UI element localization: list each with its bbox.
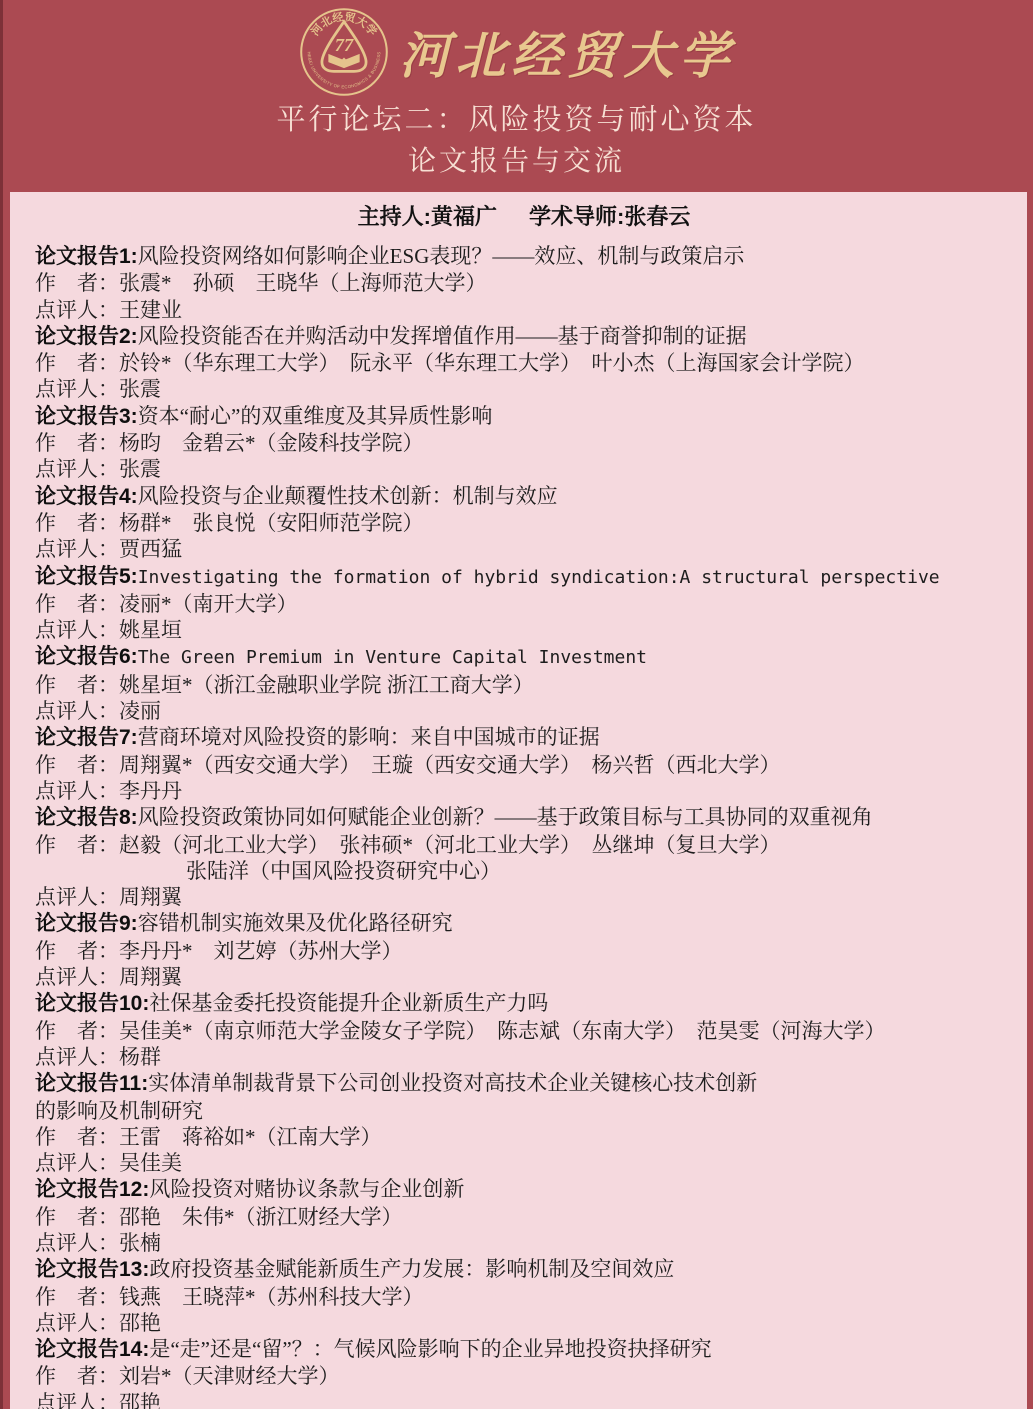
report-authors: 姚星垣*（浙江金融职业学院 浙江工商大学） — [119, 673, 534, 697]
reviewer-label: 点评人： — [35, 537, 119, 561]
report-entry: 论文报告12:风险投资对赌协议条款与企业创新 作 者：邵艳 朱伟*（浙江财经大学… — [35, 1176, 1013, 1256]
report-authors-line: 作 者：李丹丹* 刘艺婷（苏州大学） — [35, 938, 1013, 964]
left-edge-border — [0, 0, 3, 1409]
report-authors-line: 作 者：周翔翼*（西安交通大学） 王璇（西安交通大学） 杨兴哲（西北大学） — [35, 752, 1013, 778]
report-authors-line: 作 者：赵毅（河北工业大学） 张祎硕*（河北工业大学） 丛继坤（复旦大学） — [35, 832, 1013, 858]
report-reviewer-line: 点评人：凌丽 — [35, 698, 1013, 724]
reviewer-label: 点评人： — [35, 699, 119, 723]
report-title: 风险投资对赌协议条款与企业创新 — [149, 1177, 464, 1201]
author-label: 作 者： — [35, 351, 119, 375]
report-title-line: 论文报告3:资本“耐心”的双重维度及其异质性影响 — [35, 403, 1013, 430]
report-number: 论文报告12: — [35, 1178, 149, 1201]
report-title: 风险投资政策协同如何赋能企业创新？——基于政策目标与工具协同的双重视角 — [138, 805, 873, 829]
report-title: 风险投资网络如何影响企业ESG表现？——效应、机制与政策启示 — [138, 244, 745, 268]
report-reviewer: 吴佳美 — [119, 1151, 182, 1175]
report-title: 实体清单制裁背景下公司创业投资对高技术企业关键核心技术创新 — [148, 1071, 757, 1095]
report-reviewer: 姚星垣 — [119, 618, 182, 642]
reviewer-label: 点评人： — [35, 457, 119, 481]
seal-center-mark: 77 — [334, 35, 353, 55]
reviewer-label: 点评人： — [35, 1391, 119, 1409]
report-authors: 吴佳美*（南京师范大学金陵女子学院） 陈志斌（东南大学） 范昊雯（河海大学） — [119, 1019, 886, 1043]
author-label: 作 者： — [35, 271, 119, 295]
session-chairs-line: 主持人:黄福广 学术导师:张春云 — [35, 204, 1013, 230]
report-number: 论文报告5: — [35, 565, 138, 588]
report-authors: 李丹丹* 刘艺婷（苏州大学） — [119, 939, 403, 963]
author-label: 作 者： — [35, 833, 119, 857]
author-label: 作 者： — [35, 592, 119, 616]
author-label: 作 者： — [35, 1125, 119, 1149]
report-entry: 论文报告8:风险投资政策协同如何赋能企业创新？——基于政策目标与工具协同的双重视… — [35, 804, 1013, 910]
report-title: 风险投资能否在并购活动中发挥增值作用——基于商誉抑制的证据 — [138, 324, 747, 348]
report-entry: 论文报告2:风险投资能否在并购活动中发挥增值作用——基于商誉抑制的证据 作 者：… — [35, 323, 1013, 403]
author-label: 作 者： — [35, 939, 119, 963]
report-reviewer-line: 点评人：李丹丹 — [35, 778, 1013, 804]
report-title-continued-line: 的影响及机制研究 — [35, 1098, 1013, 1124]
forum-title: 平行论坛二：风险投资与耐心资本 — [0, 97, 1033, 138]
report-reviewer-line: 点评人：张震 — [35, 376, 1013, 402]
report-authors-line: 作 者：吴佳美*（南京师范大学金陵女子学院） 陈志斌（东南大学） 范昊雯（河海大… — [35, 1018, 1013, 1044]
report-reviewer-line: 点评人：王建业 — [35, 297, 1013, 323]
report-authors-line: 作 者：张震* 孙硕 王晓华（上海师范大学） — [35, 270, 1013, 296]
report-title: 政府投资基金赋能新质生产力发展：影响机制及空间效应 — [149, 1257, 674, 1281]
report-authors-line: 作 者：邵艳 朱伟*（浙江财经大学） — [35, 1204, 1013, 1230]
report-title: The Green Premium in Venture Capital Inv… — [138, 647, 647, 668]
report-authors-line: 作 者：杨群* 张良悦（安阳师范学院） — [35, 510, 1013, 536]
report-title-line: 论文报告6:The Green Premium in Venture Capit… — [35, 643, 1013, 671]
report-title-line: 论文报告12:风险投资对赌协议条款与企业创新 — [35, 1176, 1013, 1203]
report-reviewer: 张震 — [119, 457, 161, 481]
report-authors-line: 作 者：凌丽*（南开大学） — [35, 591, 1013, 617]
report-reviewer: 张震 — [119, 377, 161, 401]
report-number: 论文报告8: — [35, 806, 138, 829]
report-entry: 论文报告9:容错机制实施效果及优化路径研究 作 者：李丹丹* 刘艺婷（苏州大学）… — [35, 910, 1013, 990]
author-label: 作 者： — [35, 1205, 119, 1229]
report-title-line: 论文报告10:社保基金委托投资能提升企业新质生产力吗 — [35, 990, 1013, 1017]
report-reviewer-line: 点评人：邵艳 — [35, 1310, 1013, 1336]
session-host: 主持人:黄福广 — [358, 204, 497, 230]
author-label: 作 者： — [35, 431, 119, 455]
author-label: 作 者： — [35, 511, 119, 535]
report-entry: 论文报告5:Investigating the formation of hyb… — [35, 563, 1013, 644]
report-reviewer: 周翔翼 — [119, 965, 182, 989]
report-number: 论文报告6: — [35, 645, 138, 668]
report-number: 论文报告4: — [35, 485, 138, 508]
report-authors: 於铃*（华东理工大学） 阮永平（华东理工大学） 叶小杰（上海国家会计学院） — [119, 351, 865, 375]
report-reviewer: 凌丽 — [119, 699, 161, 723]
report-reviewer: 邵艳 — [119, 1311, 161, 1335]
report-entry: 论文报告6:The Green Premium in Venture Capit… — [35, 643, 1013, 724]
report-title-line: 论文报告1:风险投资网络如何影响企业ESG表现？——效应、机制与政策启示 — [35, 243, 1013, 270]
conference-program-poster: 河北经贸大学 HEBEI UNIVERSITY OF ECONOMICS & B… — [0, 0, 1033, 1409]
program-panel: 主持人:黄福广 学术导师:张春云 论文报告1:风险投资网络如何影响企业ESG表现… — [10, 192, 1027, 1409]
report-title-line: 论文报告8:风险投资政策协同如何赋能企业创新？——基于政策目标与工具协同的双重视… — [35, 804, 1013, 831]
report-title-line: 论文报告4:风险投资与企业颠覆性技术创新：机制与效应 — [35, 483, 1013, 510]
report-title-continued: 的影响及机制研究 — [35, 1099, 203, 1123]
report-title: 营商环境对风险投资的影响：来自中国城市的证据 — [138, 725, 600, 749]
report-entry: 论文报告7:营商环境对风险投资的影响：来自中国城市的证据 作 者：周翔翼*（西安… — [35, 724, 1013, 804]
report-title: 资本“耐心”的双重维度及其异质性影响 — [138, 404, 493, 428]
report-authors: 杨昀 金碧云*（金陵科技学院） — [119, 431, 424, 455]
report-authors-line: 作 者：钱燕 王晓萍*（苏州科技大学） — [35, 1284, 1013, 1310]
report-title-line: 论文报告2:风险投资能否在并购活动中发挥增值作用——基于商誉抑制的证据 — [35, 323, 1013, 350]
report-reviewer: 李丹丹 — [119, 779, 182, 803]
report-number: 论文报告1: — [35, 245, 138, 268]
header-banner: 河北经贸大学 HEBEI UNIVERSITY OF ECONOMICS & B… — [0, 0, 1033, 192]
report-entry: 论文报告11:实体清单制裁背景下公司创业投资对高技术企业关键核心技术创新 的影响… — [35, 1070, 1013, 1176]
reviewer-label: 点评人： — [35, 1231, 119, 1255]
report-title-line: 论文报告14:是“走”还是“留”？：气候风险影响下的企业异地投资抉择研究 — [35, 1336, 1013, 1363]
university-seal-icon: 河北经贸大学 HEBEI UNIVERSITY OF ECONOMICS & B… — [298, 6, 390, 98]
reviewer-label: 点评人： — [35, 1045, 119, 1069]
university-name-calligraphy: 河北经贸大学 — [400, 16, 736, 88]
report-entry: 论文报告1:风险投资网络如何影响企业ESG表现？——效应、机制与政策启示 作 者… — [35, 243, 1013, 323]
reviewer-label: 点评人： — [35, 298, 119, 322]
reviewer-label: 点评人： — [35, 965, 119, 989]
report-number: 论文报告13: — [35, 1258, 149, 1281]
report-number: 论文报告10: — [35, 992, 149, 1015]
report-reviewer: 周翔翼 — [119, 885, 182, 909]
report-reviewer-line: 点评人：张楠 — [35, 1230, 1013, 1256]
author-label: 作 者： — [35, 1019, 119, 1043]
report-title: 容错机制实施效果及优化路径研究 — [138, 911, 453, 935]
reviewer-label: 点评人： — [35, 885, 119, 909]
author-label: 作 者： — [35, 673, 119, 697]
report-reviewer-line: 点评人：周翔翼 — [35, 964, 1013, 990]
report-authors: 钱燕 王晓萍*（苏州科技大学） — [119, 1285, 424, 1309]
reviewer-label: 点评人： — [35, 779, 119, 803]
report-authors: 凌丽*（南开大学） — [119, 592, 298, 616]
reviewer-label: 点评人： — [35, 618, 119, 642]
report-authors-continued: 张陆洋（中国风险投资研究中心） — [186, 859, 501, 883]
report-entry: 论文报告13:政府投资基金赋能新质生产力发展：影响机制及空间效应 作 者：钱燕 … — [35, 1256, 1013, 1336]
report-title-line: 论文报告7:营商环境对风险投资的影响：来自中国城市的证据 — [35, 724, 1013, 751]
author-label: 作 者： — [35, 753, 119, 777]
report-authors-line: 作 者：於铃*（华东理工大学） 阮永平（华东理工大学） 叶小杰（上海国家会计学院… — [35, 350, 1013, 376]
report-title-line: 论文报告9:容错机制实施效果及优化路径研究 — [35, 910, 1013, 937]
report-authors: 刘岩*（天津财经大学） — [119, 1364, 340, 1388]
report-title-line: 论文报告5:Investigating the formation of hyb… — [35, 563, 1013, 591]
report-number: 论文报告9: — [35, 912, 138, 935]
report-authors: 张震* 孙硕 王晓华（上海师范大学） — [119, 271, 487, 295]
report-entry: 论文报告10:社保基金委托投资能提升企业新质生产力吗 作 者：吴佳美*（南京师范… — [35, 990, 1013, 1070]
report-reviewer-line: 点评人：吴佳美 — [35, 1150, 1013, 1176]
report-reviewer-line: 点评人：张震 — [35, 456, 1013, 482]
report-authors: 王雷 蒋裕如*（江南大学） — [119, 1125, 382, 1149]
report-reviewer-line: 点评人：邵艳 — [35, 1390, 1013, 1409]
report-entry: 论文报告4:风险投资与企业颠覆性技术创新：机制与效应 作 者：杨群* 张良悦（安… — [35, 483, 1013, 563]
report-reviewer-line: 点评人：周翔翼 — [35, 884, 1013, 910]
report-authors: 杨群* 张良悦（安阳师范学院） — [119, 511, 424, 535]
university-brand-row: 河北经贸大学 HEBEI UNIVERSITY OF ECONOMICS & B… — [0, 6, 1033, 98]
report-reviewer-line: 点评人：杨群 — [35, 1044, 1013, 1070]
report-authors: 邵艳 朱伟*（浙江财经大学） — [119, 1205, 403, 1229]
report-title-line: 论文报告11:实体清单制裁背景下公司创业投资对高技术企业关键核心技术创新 — [35, 1070, 1013, 1097]
report-authors-line: 作 者：王雷 蒋裕如*（江南大学） — [35, 1124, 1013, 1150]
report-authors-line: 作 者：姚星垣*（浙江金融职业学院 浙江工商大学） — [35, 672, 1013, 698]
report-title: 是“走”还是“留”？：气候风险影响下的企业异地投资抉择研究 — [149, 1337, 711, 1361]
report-number: 论文报告2: — [35, 325, 138, 348]
author-label: 作 者： — [35, 1285, 119, 1309]
report-authors: 赵毅（河北工业大学） 张祎硕*（河北工业大学） 丛继坤（复旦大学） — [119, 833, 781, 857]
report-authors-line: 作 者：杨昀 金碧云*（金陵科技学院） — [35, 430, 1013, 456]
seal-open-book-shape — [328, 54, 359, 68]
report-reviewer: 贾西猛 — [119, 537, 182, 561]
report-reviewer: 邵艳 — [119, 1391, 161, 1409]
report-title: 社保基金委托投资能提升企业新质生产力吗 — [149, 991, 548, 1015]
report-authors-continued-line: 张陆洋（中国风险投资研究中心） — [35, 858, 1013, 884]
reviewer-label: 点评人： — [35, 377, 119, 401]
reviewer-label: 点评人： — [35, 1151, 119, 1175]
report-title: Investigating the formation of hybrid sy… — [138, 567, 940, 588]
report-reviewer: 张楠 — [119, 1231, 161, 1255]
report-title: 风险投资与企业颠覆性技术创新：机制与效应 — [138, 484, 558, 508]
report-authors-line: 作 者：刘岩*（天津财经大学） — [35, 1363, 1013, 1389]
report-entry: 论文报告14:是“走”还是“留”？：气候风险影响下的企业异地投资抉择研究 作 者… — [35, 1336, 1013, 1409]
forum-subtitle: 论文报告与交流 — [0, 139, 1033, 179]
report-number: 论文报告3: — [35, 405, 138, 428]
program-content: 主持人:黄福广 学术导师:张春云 论文报告1:风险投资网络如何影响企业ESG表现… — [10, 192, 1027, 1409]
report-reviewer-line: 点评人：贾西猛 — [35, 536, 1013, 562]
report-reviewer: 杨群 — [119, 1045, 161, 1069]
report-entry: 论文报告3:资本“耐心”的双重维度及其异质性影响 作 者：杨昀 金碧云*（金陵科… — [35, 403, 1013, 483]
author-label: 作 者： — [35, 1364, 119, 1388]
session-mentor: 学术导师:张春云 — [529, 204, 690, 230]
report-reviewer: 王建业 — [119, 298, 182, 322]
report-title-line: 论文报告13:政府投资基金赋能新质生产力发展：影响机制及空间效应 — [35, 1256, 1013, 1283]
reviewer-label: 点评人： — [35, 1311, 119, 1335]
report-number: 论文报告11: — [35, 1072, 148, 1095]
report-reviewer-line: 点评人：姚星垣 — [35, 617, 1013, 643]
report-authors: 周翔翼*（西安交通大学） 王璇（西安交通大学） 杨兴哲（西北大学） — [119, 753, 781, 777]
report-number: 论文报告14: — [35, 1338, 149, 1361]
report-number: 论文报告7: — [35, 726, 138, 749]
